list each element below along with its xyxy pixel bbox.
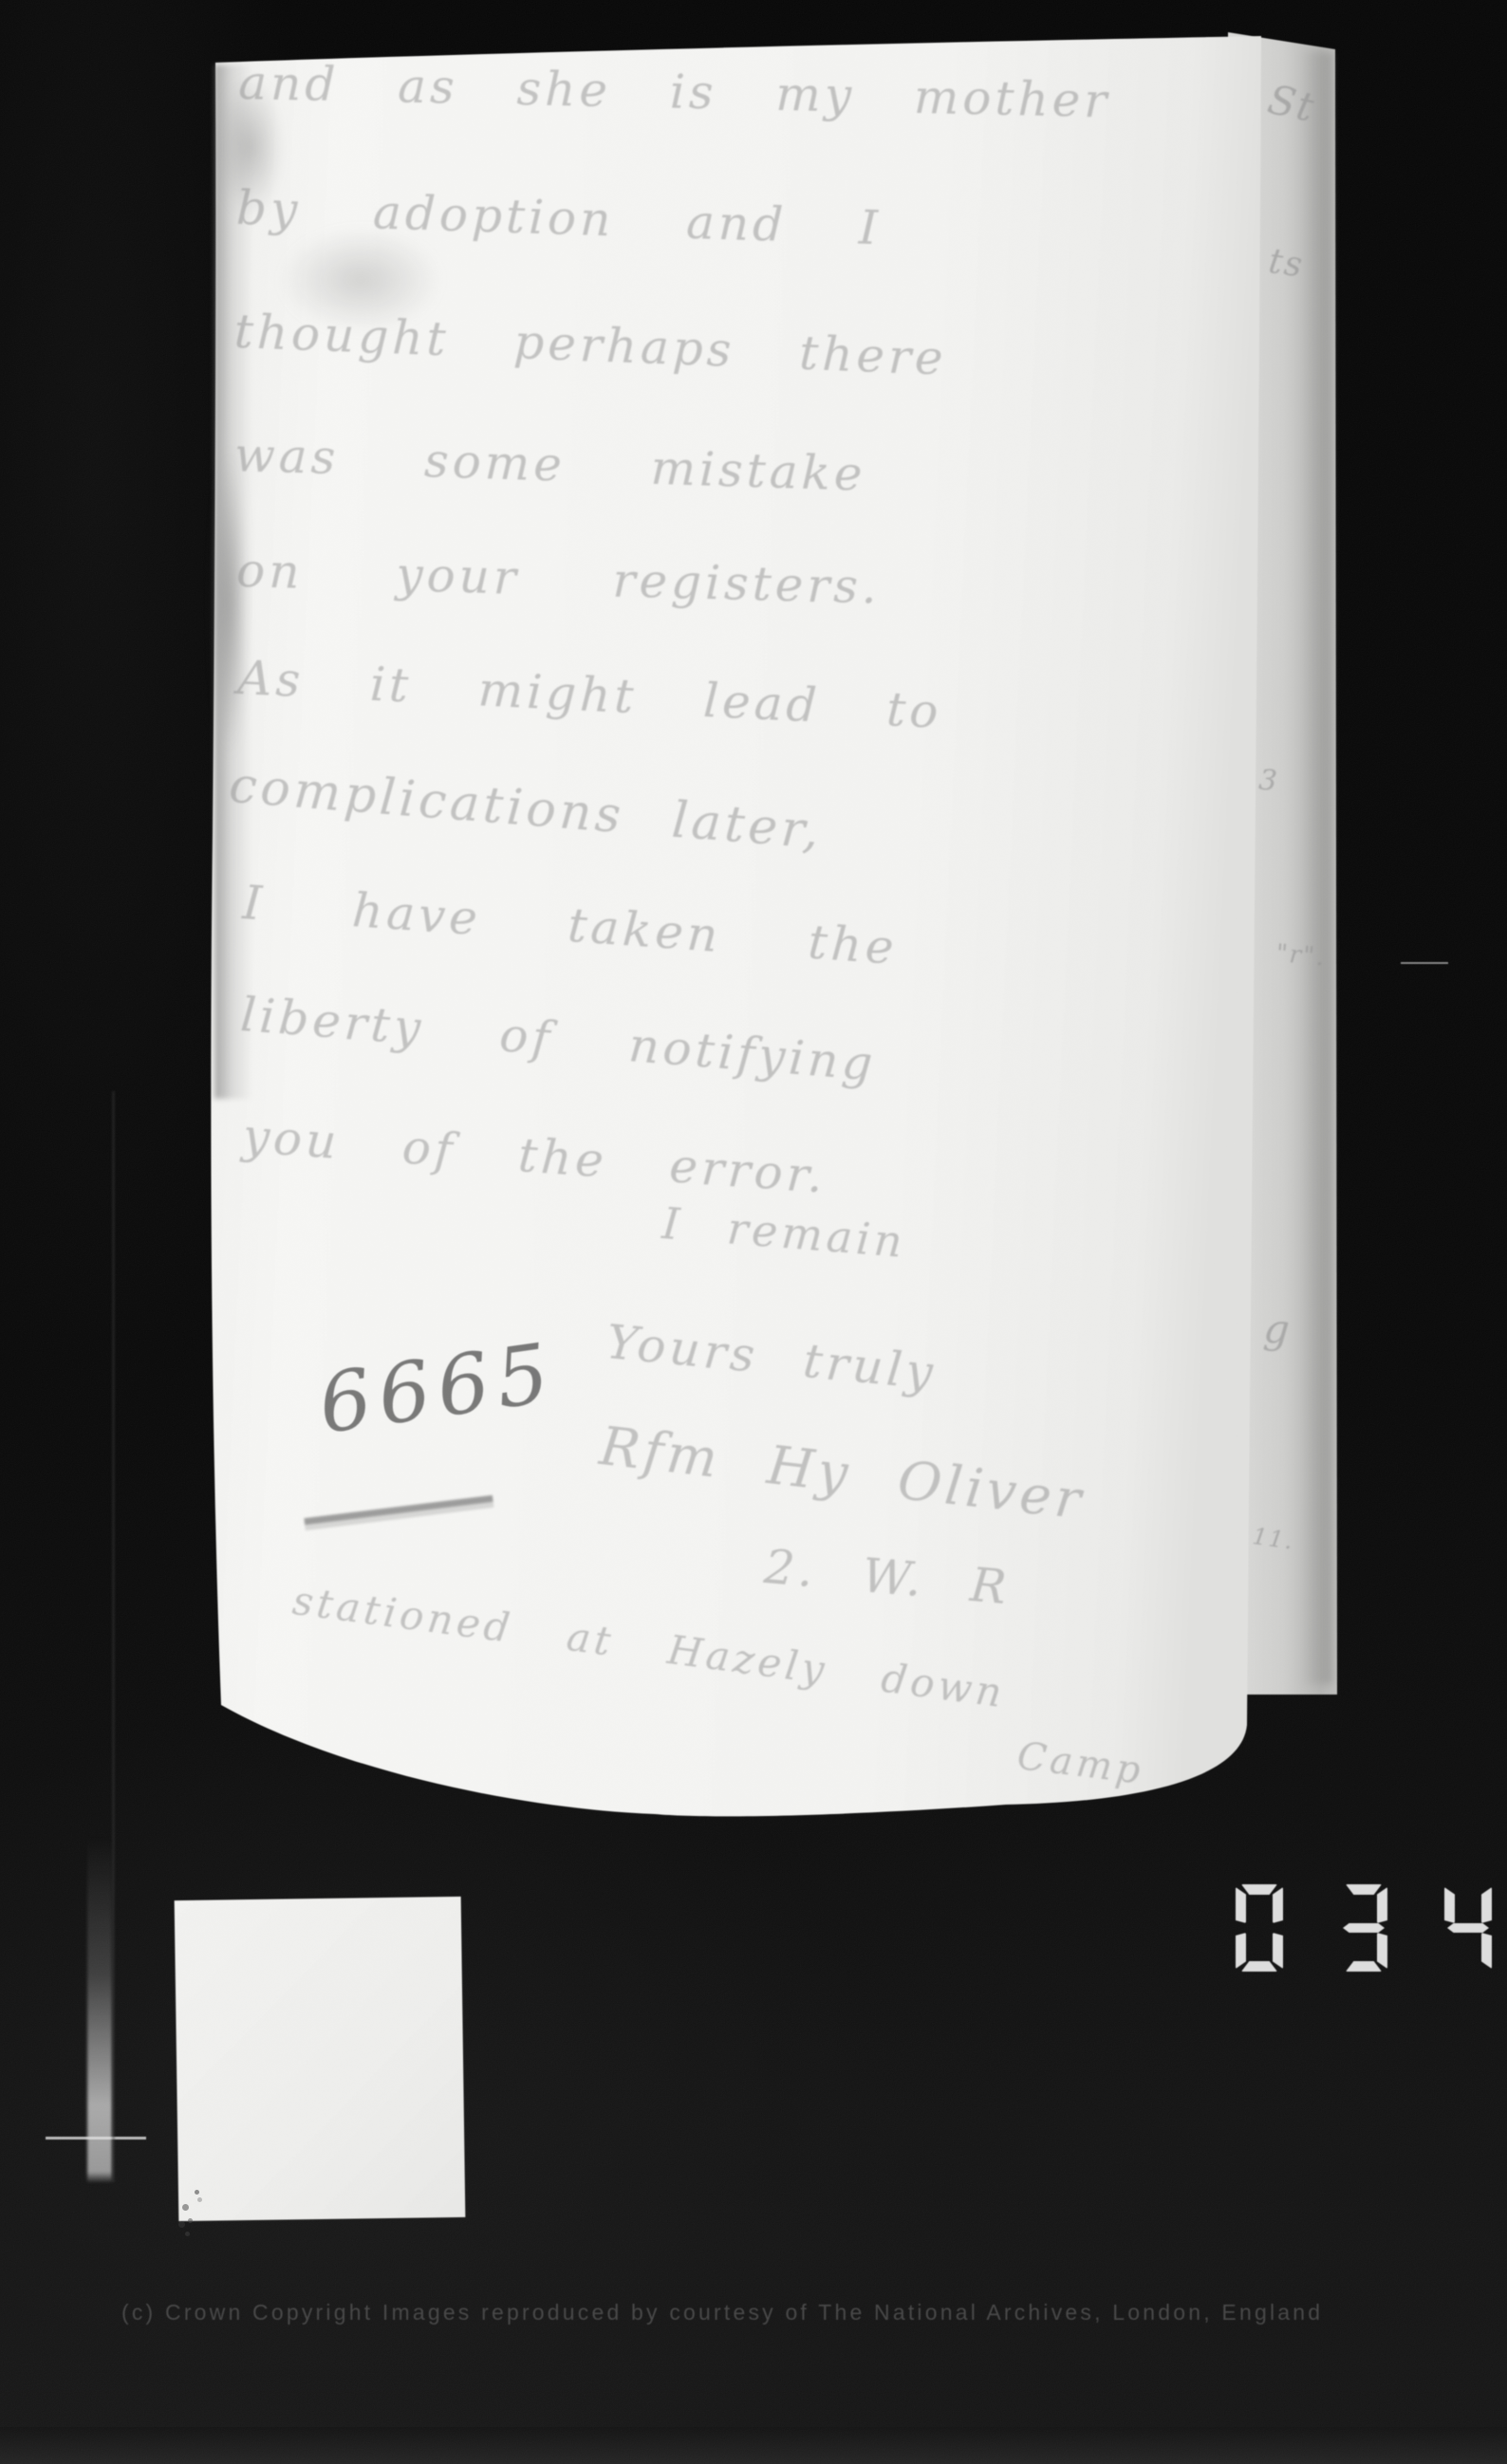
frame-counter <box>1236 1884 1492 1976</box>
edge-fragment: St <box>1264 76 1320 131</box>
seven-segment-digit <box>1236 1884 1283 1972</box>
edge-fragment: 3 <box>1257 764 1280 799</box>
microfilm-scan: and as she is my mother by adoption and … <box>0 0 1507 2464</box>
copyright-notice: (c) Crown Copyright Images reproduced by… <box>121 2300 1450 2325</box>
edge-fragment: g <box>1262 1305 1293 1353</box>
seven-segment-digit <box>1444 1884 1492 1972</box>
paper-specks <box>195 2190 199 2195</box>
scan-bottom-strip <box>0 2427 1507 2464</box>
edge-fragment: 11. <box>1251 1523 1296 1555</box>
seven-segment-digit <box>1340 1884 1387 1972</box>
blank-paper-slip <box>175 1897 466 2221</box>
edge-fragment: "r". <box>1274 939 1327 972</box>
edge-fragment: ts <box>1266 242 1306 286</box>
